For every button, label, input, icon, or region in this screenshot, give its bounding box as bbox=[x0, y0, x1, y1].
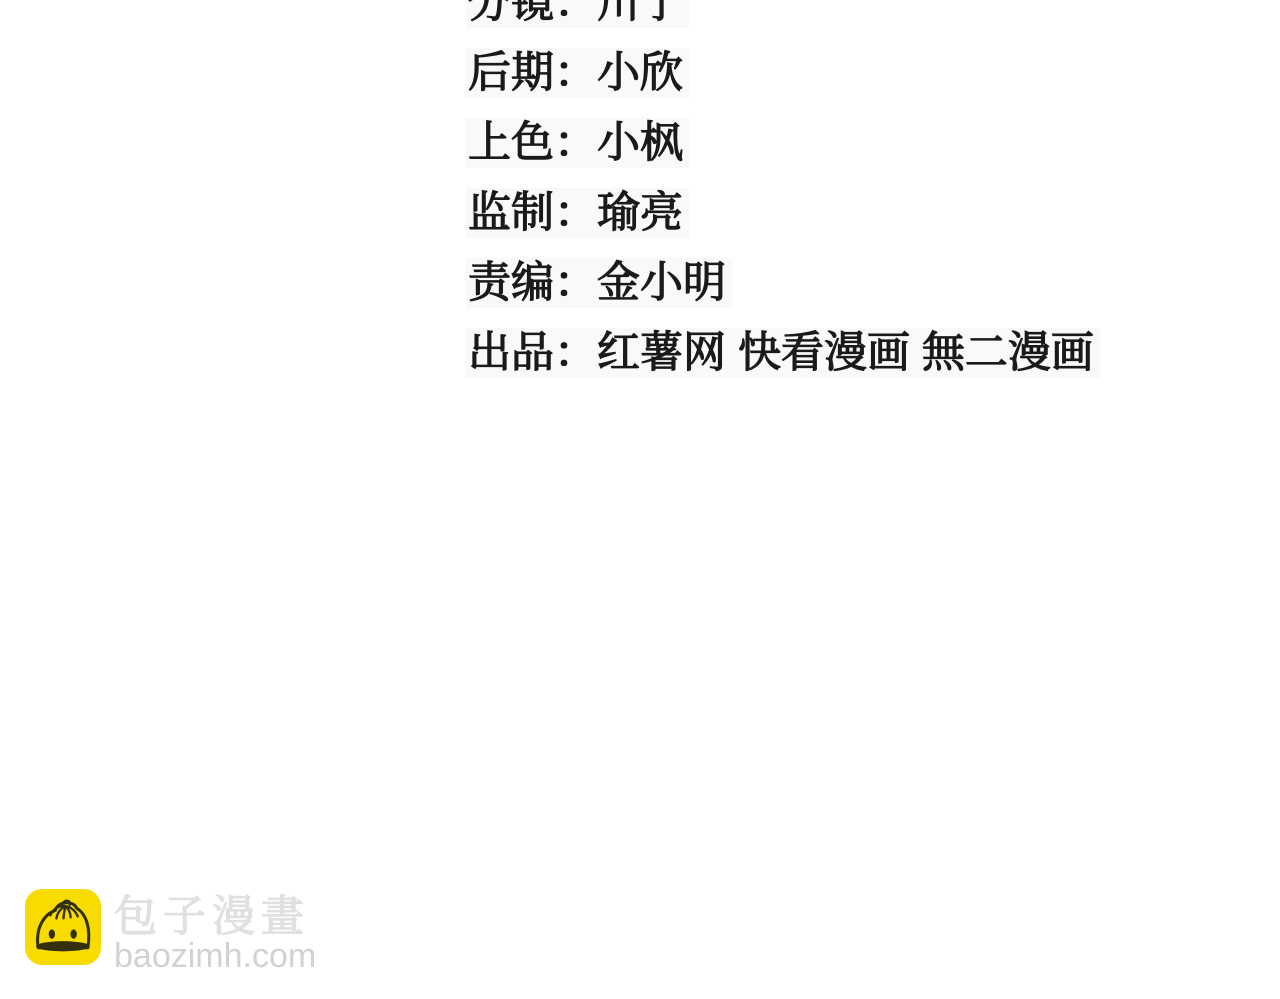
credit-role: 监制 bbox=[468, 189, 554, 237]
credit-name: 金小明 bbox=[597, 259, 726, 307]
credits-block: 分镜：川宁 后期：小欣 上色：小枫 监制：瑜亮 责编：金小明 出品：红薯网 快看… bbox=[466, 0, 1100, 388]
credit-separator: ： bbox=[554, 189, 597, 237]
credit-role: 责编 bbox=[468, 259, 554, 307]
credit-text: 责编：金小明 bbox=[466, 258, 732, 308]
baozi-logo-icon bbox=[25, 889, 101, 965]
credit-text: 后期：小欣 bbox=[466, 48, 689, 98]
credit-role: 上色 bbox=[468, 119, 554, 167]
watermark-site-domain: baozimh.com bbox=[114, 939, 316, 973]
credit-text: 监制：瑜亮 bbox=[466, 188, 689, 238]
credit-separator: ： bbox=[554, 329, 597, 377]
credit-line-production: 出品：红薯网 快看漫画 無二漫画 bbox=[466, 318, 1100, 388]
credit-name: 小枫 bbox=[597, 119, 683, 167]
credit-name: 川宁 bbox=[597, 0, 683, 27]
bun-eye-left bbox=[49, 929, 55, 938]
credit-text: 上色：小枫 bbox=[466, 118, 689, 168]
credit-separator: ： bbox=[554, 0, 597, 27]
credit-separator: ： bbox=[554, 259, 597, 307]
credit-separator: ： bbox=[554, 119, 597, 167]
credit-text: 出品：红薯网 快看漫画 無二漫画 bbox=[466, 328, 1100, 378]
credit-name: 瑜亮 bbox=[597, 189, 683, 237]
credit-name: 小欣 bbox=[597, 49, 683, 97]
credit-line-postproduction: 后期：小欣 bbox=[466, 38, 1100, 108]
bun-eye-right bbox=[70, 929, 76, 938]
credit-text: 分镜：川宁 bbox=[466, 0, 689, 28]
bun-shadow bbox=[36, 941, 90, 951]
credit-line-editor: 责编：金小明 bbox=[466, 248, 1100, 318]
credit-role: 出品 bbox=[468, 329, 554, 377]
site-watermark: 包子漫畫 baozimh.com bbox=[25, 889, 316, 973]
watermark-text: 包子漫畫 baozimh.com bbox=[114, 889, 316, 973]
credit-line-coloring: 上色：小枫 bbox=[466, 108, 1100, 178]
credit-line-supervisor: 监制：瑜亮 bbox=[466, 178, 1100, 248]
watermark-site-name: 包子漫畫 bbox=[114, 894, 316, 940]
credit-role: 后期 bbox=[468, 49, 554, 97]
credit-separator: ： bbox=[554, 49, 597, 97]
credit-name: 红薯网 快看漫画 無二漫画 bbox=[597, 329, 1094, 377]
credit-line-storyboard: 分镜：川宁 bbox=[466, 0, 1100, 38]
credit-role: 分镜 bbox=[468, 0, 554, 27]
